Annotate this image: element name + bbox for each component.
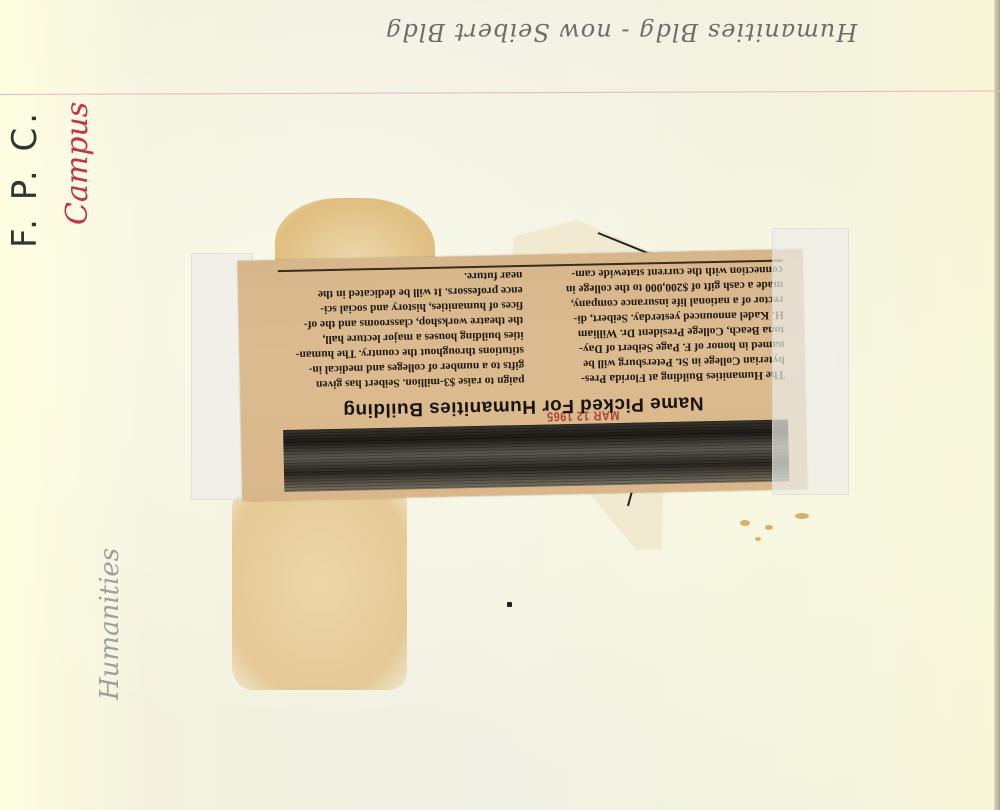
stain-drops [735,505,825,555]
pencil-note-top: Humanities Bldg - now Seibert Bldg [385,18,857,46]
newspaper-clipping: MAR 12 1965 Name Picked For Humanities B… [238,249,808,501]
article-column-right: paign to raise $3-million. Seibert has g… [278,267,525,392]
headline: Name Picked For Humanities Building [240,389,805,423]
board-edge [994,0,1000,810]
red-note-campus: Campus [60,102,95,225]
ink-note-fpc: F. P. C. [5,109,45,248]
glue-stain-bottom [232,495,407,690]
article-body: The Humanities Building at Florida Pres-… [278,262,785,393]
tape-right [772,228,849,495]
clipping-photo [283,419,789,492]
article-column-left: The Humanities Building at Florida Pres-… [538,262,785,387]
ink-dot [507,602,512,607]
pencil-note-humanities: Humanities [95,548,125,700]
